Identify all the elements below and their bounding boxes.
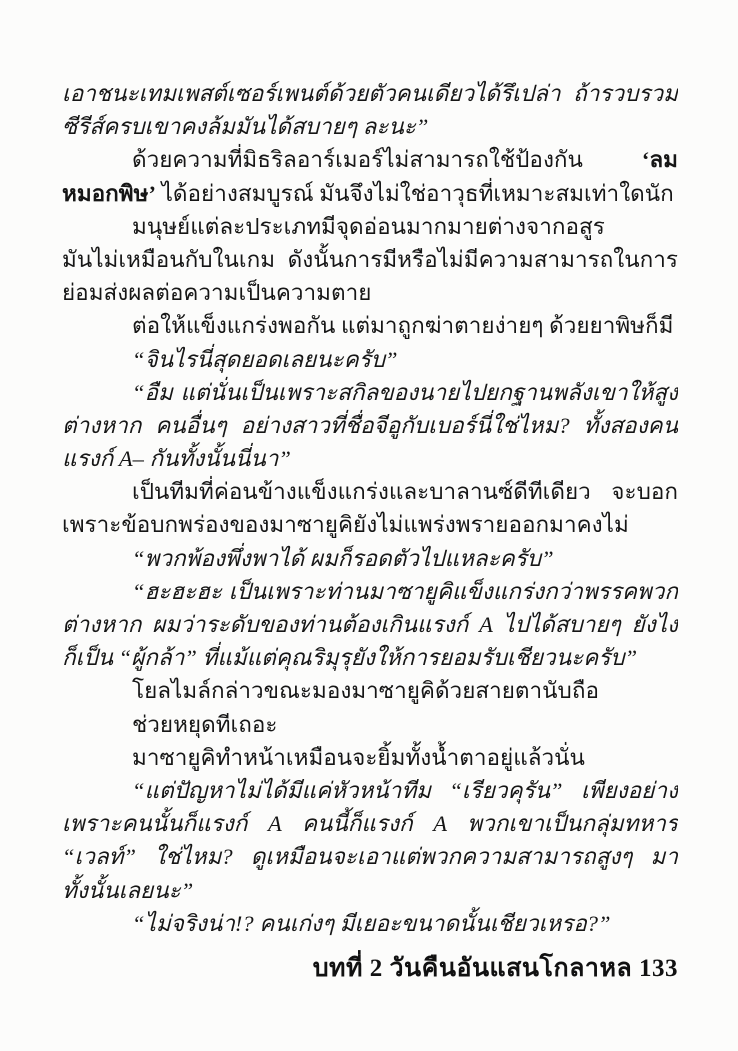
text-run: ซีรีส์ครบเขาคงล้มมันได้สบายๆ ละนะ” [62,114,428,139]
text-run: ก็เป็น “ผู้กล้า” ที่แม้แต่คุณริมุรุยังให… [62,645,637,670]
paragraph: ต่อให้แข็งแกร่งพอกัน แต่มาถูกฆ่าตายง่ายๆ… [62,309,678,342]
text-run: มนุษย์แต่ละประเภทมีจุดอ่อนมากมายต่างจากอ… [62,214,605,243]
text-run: “อืม แต่นั่นเป็นเพราะสกิลของนายไปยกฐานพล… [62,380,678,409]
text-line: ด้วยความที่มิธริลอาร์เมอร์ไม่สามารถใช้ป้… [62,143,678,176]
paragraph: ช่วยหยุดทีเถอะ [62,708,678,741]
text-run: เพราะข้อบกพร่องของมาซายูคิยังไม่แพร่งพรา… [62,512,629,541]
text-run: เอาชนะเทมเพสต์เซอร์เพนต์ด้วยตัวคนเดียวได… [62,81,678,110]
text-run: ย่อมส่งผลต่อความเป็นความตาย [62,280,371,305]
text-line: “พวกพ้องพึ่งพาได้ ผมก็รอดตัวไปแหละครับ” [62,542,678,575]
text-line: “ฮะฮะฮะ เป็นเพราะท่านมาซายูคิแข็งแกร่งกว… [62,575,678,608]
text-line: โยลไมล์กล่าวขณะมองมาซายูคิด้วยสายตานับถื… [62,674,678,707]
text-run: มันไม่เหมือนกับในเกม ดังนั้นการมีหรือไม่… [62,247,678,276]
text-run: “ฮะฮะฮะ เป็นเพราะท่านมาซายูคิแข็งแกร่งกว… [62,579,678,608]
text-line: ต่างหาก คนอื่นๆ อย่างสาวที่ชื่อจีอูกับเบ… [62,409,678,442]
text-line: เพราะคนนั้นก็แรงก์ A คนนี้ก็แรงก์ A พวกเ… [62,807,678,840]
text-run: ช่วยหยุดทีเถอะ [132,712,277,737]
paragraph: “แต่ปัญหาไม่ได้มีแค่หัวหน้าทีม “เรียวคุร… [62,774,678,907]
text-run: ด้วยความที่มิธริลอาร์เมอร์ไม่สามารถใช้ป้… [132,147,642,172]
text-run: ได้อย่างสมบูรณ์ มันจึงไม่ใช่อาวุธที่เหมา… [156,181,674,206]
text-line: แรงก์ A– กันทั้งนั้นนี่นา” [62,442,678,475]
text-run: โยลไมล์กล่าวขณะมองมาซายูคิด้วยสายตานับถื… [132,678,599,703]
text-line: ต่างหาก ผมว่าระดับของท่านต้องเกินแรงก์ A… [62,608,678,641]
text-run: มาซายูคิทำหน้าเหมือนจะยิ้มทั้งน้ำตาอยู่แ… [132,745,585,770]
text-run: “จินไรนี่สุดยอดเลยนะครับ” [132,347,398,372]
paragraph: “จินไรนี่สุดยอดเลยนะครับ” [62,343,678,376]
text-line: “เวลท์” ใช่ไหม? ดูเหมือนจะเอาแต่พวกความส… [62,840,678,873]
text-line: ช่วยหยุดทีเถอะ [62,708,678,741]
text-run: “เวลท์” ใช่ไหม? ดูเหมือนจะเอาแต่พวกความส… [62,844,678,873]
paragraph: มาซายูคิทำหน้าเหมือนจะยิ้มทั้งน้ำตาอยู่แ… [62,741,678,774]
chapter-footer: บทที่ 2 วันคืนอันแสนโกลาหล 133 [313,948,678,988]
text-run: ต่างหาก คนอื่นๆ อย่างสาวที่ชื่อจีอูกับเบ… [62,413,678,442]
text-line: “แต่ปัญหาไม่ได้มีแค่หัวหน้าทีม “เรียวคุร… [62,774,678,807]
text-line: หมอกพิษ’ ได้อย่างสมบูรณ์ มันจึงไม่ใช่อาว… [62,177,678,210]
paragraph: “พวกพ้องพึ่งพาได้ ผมก็รอดตัวไปแหละครับ” [62,542,678,575]
paragraph: “ฮะฮะฮะ เป็นเพราะท่านมาซายูคิแข็งแกร่งกว… [62,575,678,675]
text-line: เพราะข้อบกพร่องของมาซายูคิยังไม่แพร่งพรา… [62,508,678,541]
paragraph: “ไม่จริงน่า!? คนเก่งๆ มีเยอะขนาดนั้นเชีย… [62,907,678,940]
bold-run: หมอกพิษ’ [62,181,156,206]
text-line: ก็เป็น “ผู้กล้า” ที่แม้แต่คุณริมุรุยังให… [62,641,678,674]
text-run: ต่างหาก ผมว่าระดับของท่านต้องเกินแรงก์ A… [62,612,678,641]
text-line: มาซายูคิทำหน้าเหมือนจะยิ้มทั้งน้ำตาอยู่แ… [62,741,678,774]
text-line: ต่อให้แข็งแกร่งพอกัน แต่มาถูกฆ่าตายง่ายๆ… [62,309,678,342]
text-line: มันไม่เหมือนกับในเกม ดังนั้นการมีหรือไม่… [62,243,678,276]
text-run: “ไม่จริงน่า!? คนเก่งๆ มีเยอะขนาดนั้นเชีย… [132,911,610,936]
paragraph: เป็นทีมที่ค่อนข้างแข็งแกร่งและบาลานซ์ดีท… [62,475,678,541]
text-line: เป็นทีมที่ค่อนข้างแข็งแกร่งและบาลานซ์ดีท… [62,475,678,508]
text-run: แรงก์ A– กันทั้งนั้นนี่นา” [62,446,291,471]
text-line: “ไม่จริงน่า!? คนเก่งๆ มีเยอะขนาดนั้นเชีย… [62,907,678,940]
text-line: “อืม แต่นั่นเป็นเพราะสกิลของนายไปยกฐานพล… [62,376,678,409]
text-run: “แต่ปัญหาไม่ได้มีแค่หัวหน้าทีม “เรียวคุร… [62,778,678,807]
text-line: ซีรีส์ครบเขาคงล้มมันได้สบายๆ ละนะ” [62,110,678,143]
text-run: ต่อให้แข็งแกร่งพอกัน แต่มาถูกฆ่าตายง่ายๆ… [132,313,673,338]
book-page: เอาชนะเทมเพสต์เซอร์เพนต์ด้วยตัวคนเดียวได… [0,0,738,1051]
paragraph: โยลไมล์กล่าวขณะมองมาซายูคิด้วยสายตานับถื… [62,674,678,707]
paragraph: มนุษย์แต่ละประเภทมีจุดอ่อนมากมายต่างจากอ… [62,210,678,310]
text-run: ทั้งนั้นเลยนะ” [62,878,193,903]
text-column: เอาชนะเทมเพสต์เซอร์เพนต์ด้วยตัวคนเดียวได… [62,77,678,940]
text-line: ย่อมส่งผลต่อความเป็นความตาย [62,276,678,309]
text-run: เพราะคนนั้นก็แรงก์ A คนนี้ก็แรงก์ A พวกเ… [62,811,678,840]
paragraph: เอาชนะเทมเพสต์เซอร์เพนต์ด้วยตัวคนเดียวได… [62,77,678,143]
text-line: มนุษย์แต่ละประเภทมีจุดอ่อนมากมายต่างจากอ… [62,210,678,243]
text-line: “จินไรนี่สุดยอดเลยนะครับ” [62,343,678,376]
text-line: เอาชนะเทมเพสต์เซอร์เพนต์ด้วยตัวคนเดียวได… [62,77,678,110]
paragraph: “อืม แต่นั่นเป็นเพราะสกิลของนายไปยกฐานพล… [62,376,678,476]
text-run: เป็นทีมที่ค่อนข้างแข็งแกร่งและบาลานซ์ดีท… [62,479,678,508]
text-run: “พวกพ้องพึ่งพาได้ ผมก็รอดตัวไปแหละครับ” [132,546,554,571]
paragraph: ด้วยความที่มิธริลอาร์เมอร์ไม่สามารถใช้ป้… [62,143,678,209]
text-line: ทั้งนั้นเลยนะ” [62,874,678,907]
